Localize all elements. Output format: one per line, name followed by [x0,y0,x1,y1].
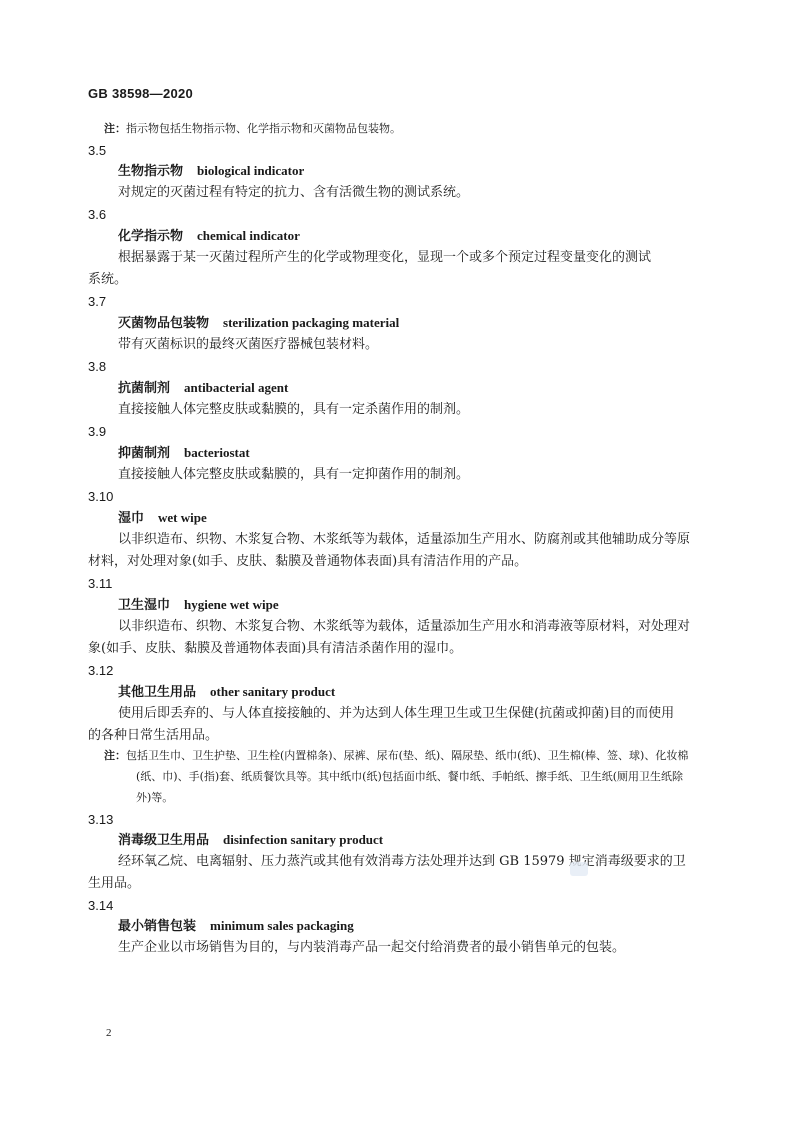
definition-line: 带有灭菌标识的最终灭菌医疗器械包装材料。 [118,338,738,352]
definition-line: 以非织造布、织物、木浆复合物、木浆纸等为载体，适量添加生产用水和消毒液等原材料，… [118,620,738,634]
section-number: 3.6 [88,208,708,222]
term-heading: 其他卫生用品other sanitary product [118,685,738,700]
term-heading: 生物指示物biological indicator [118,164,738,179]
definition-line: 经环氧乙烷、电离辐射、压力蒸汽或其他有效消毒方法处理并达到 GB 15979 规… [118,855,738,869]
term-en: antibacterial agent [184,380,288,395]
section-number: 3.11 [88,577,708,591]
section-number: 3.5 [88,144,708,158]
standard-number: GB 38598—2020 [88,86,193,101]
term-en: hygiene wet wipe [184,597,279,612]
note-text: 指示物包括生物指示物、化学指示物和灭菌物品包装物。 [126,122,401,135]
term-en: minimum sales packaging [210,918,354,933]
term-en: other sanitary product [210,684,335,699]
term-zh: 灭菌物品包装物 [118,316,209,331]
term-en: bacteriostat [184,445,250,460]
intro-note: 注：指示物包括生物指示物、化学指示物和灭菌物品包装物。 [104,122,724,136]
term-heading: 抗菌制剂antibacterial agent [118,381,738,396]
term-zh: 湿巾 [118,511,144,526]
definition-line: 生用品。 [88,877,708,891]
page-number: 2 [106,1027,112,1039]
term-zh: 抑菌制剂 [118,446,170,461]
definition-line: 直接接触人体完整皮肤或黏膜的，具有一定杀菌作用的制剂。 [118,403,738,417]
note-label: 注： [104,749,126,762]
term-heading: 消毒级卫生用品disinfection sanitary product [118,833,738,848]
definition-line: 材料，对处理对象(如手、皮肤、黏膜及普通物体表面)具有清洁作用的产品。 [88,555,708,569]
term-zh: 化学指示物 [118,229,183,244]
term-zh: 其他卫生用品 [118,685,196,700]
term-en: wet wipe [158,510,207,525]
term-en: disinfection sanitary product [223,832,383,847]
section-number: 3.14 [88,899,708,913]
document-page: GB 38598—2020 注：指示物包括生物指示物、化学指示物和灭菌物品包装物… [0,0,794,1123]
note-label: 注： [104,122,126,135]
term-heading: 化学指示物chemical indicator [118,229,738,244]
term-heading: 卫生湿巾hygiene wet wipe [118,598,738,613]
definition-line: 根据暴露于某一灭菌过程所产生的化学或物理变化，显现一个或多个预定过程变量变化的测… [118,251,738,265]
term-heading: 最小销售包装minimum sales packaging [118,919,738,934]
term-zh: 最小销售包装 [118,919,196,934]
term-zh: 抗菌制剂 [118,381,170,396]
definition-line: 的各种日常生活用品。 [88,729,708,743]
definition-line: 生产企业以市场销售为目的，与内装消毒产品一起交付给消费者的最小销售单元的包装。 [118,941,738,955]
section-number: 3.10 [88,490,708,504]
definition-line: 以非织造布、织物、木浆复合物、木浆纸等为载体，适量添加生产用水、防腐剂或其他辅助… [118,533,738,547]
term-zh: 卫生湿巾 [118,598,170,613]
section-number: 3.12 [88,664,708,678]
note-line: (纸、巾)、手(指)套、纸质餐饮具等。其中纸巾(纸)包括面巾纸、餐巾纸、手帕纸、… [136,770,756,784]
definition-line: 使用后即丢弃的、与人体直接接触的、并为达到人体生理卫生或卫生保健(抗菌或抑菌)目… [118,707,738,721]
term-heading: 灭菌物品包装物sterilization packaging material [118,316,738,331]
watermark-mark [570,862,588,876]
note-text: 包括卫生巾、卫生护垫、卫生栓(内置棉条)、尿裤、尿布(垫、纸)、隔尿垫、纸巾(纸… [126,749,688,762]
definition-line: 对规定的灭菌过程有特定的抗力、含有活微生物的测试系统。 [118,186,738,200]
definition-line: 系统。 [88,273,708,287]
section-number: 3.8 [88,360,708,374]
definition-line: 象(如手、皮肤、黏膜及普通物体表面)具有清洁杀菌作用的湿巾。 [88,642,708,656]
term-en: biological indicator [197,163,304,178]
note-line: 注：包括卫生巾、卫生护垫、卫生栓(内置棉条)、尿裤、尿布(垫、纸)、隔尿垫、纸巾… [104,749,724,763]
term-en: sterilization packaging material [223,315,399,330]
term-heading: 湿巾wet wipe [118,511,738,526]
section-number: 3.7 [88,295,708,309]
note-line: 外)等。 [136,791,756,805]
term-heading: 抑菌制剂bacteriostat [118,446,738,461]
term-zh: 消毒级卫生用品 [118,833,209,848]
term-en: chemical indicator [197,228,300,243]
section-number: 3.13 [88,813,708,827]
section-number: 3.9 [88,425,708,439]
term-zh: 生物指示物 [118,164,183,179]
definition-line: 直接接触人体完整皮肤或黏膜的，具有一定抑菌作用的制剂。 [118,468,738,482]
